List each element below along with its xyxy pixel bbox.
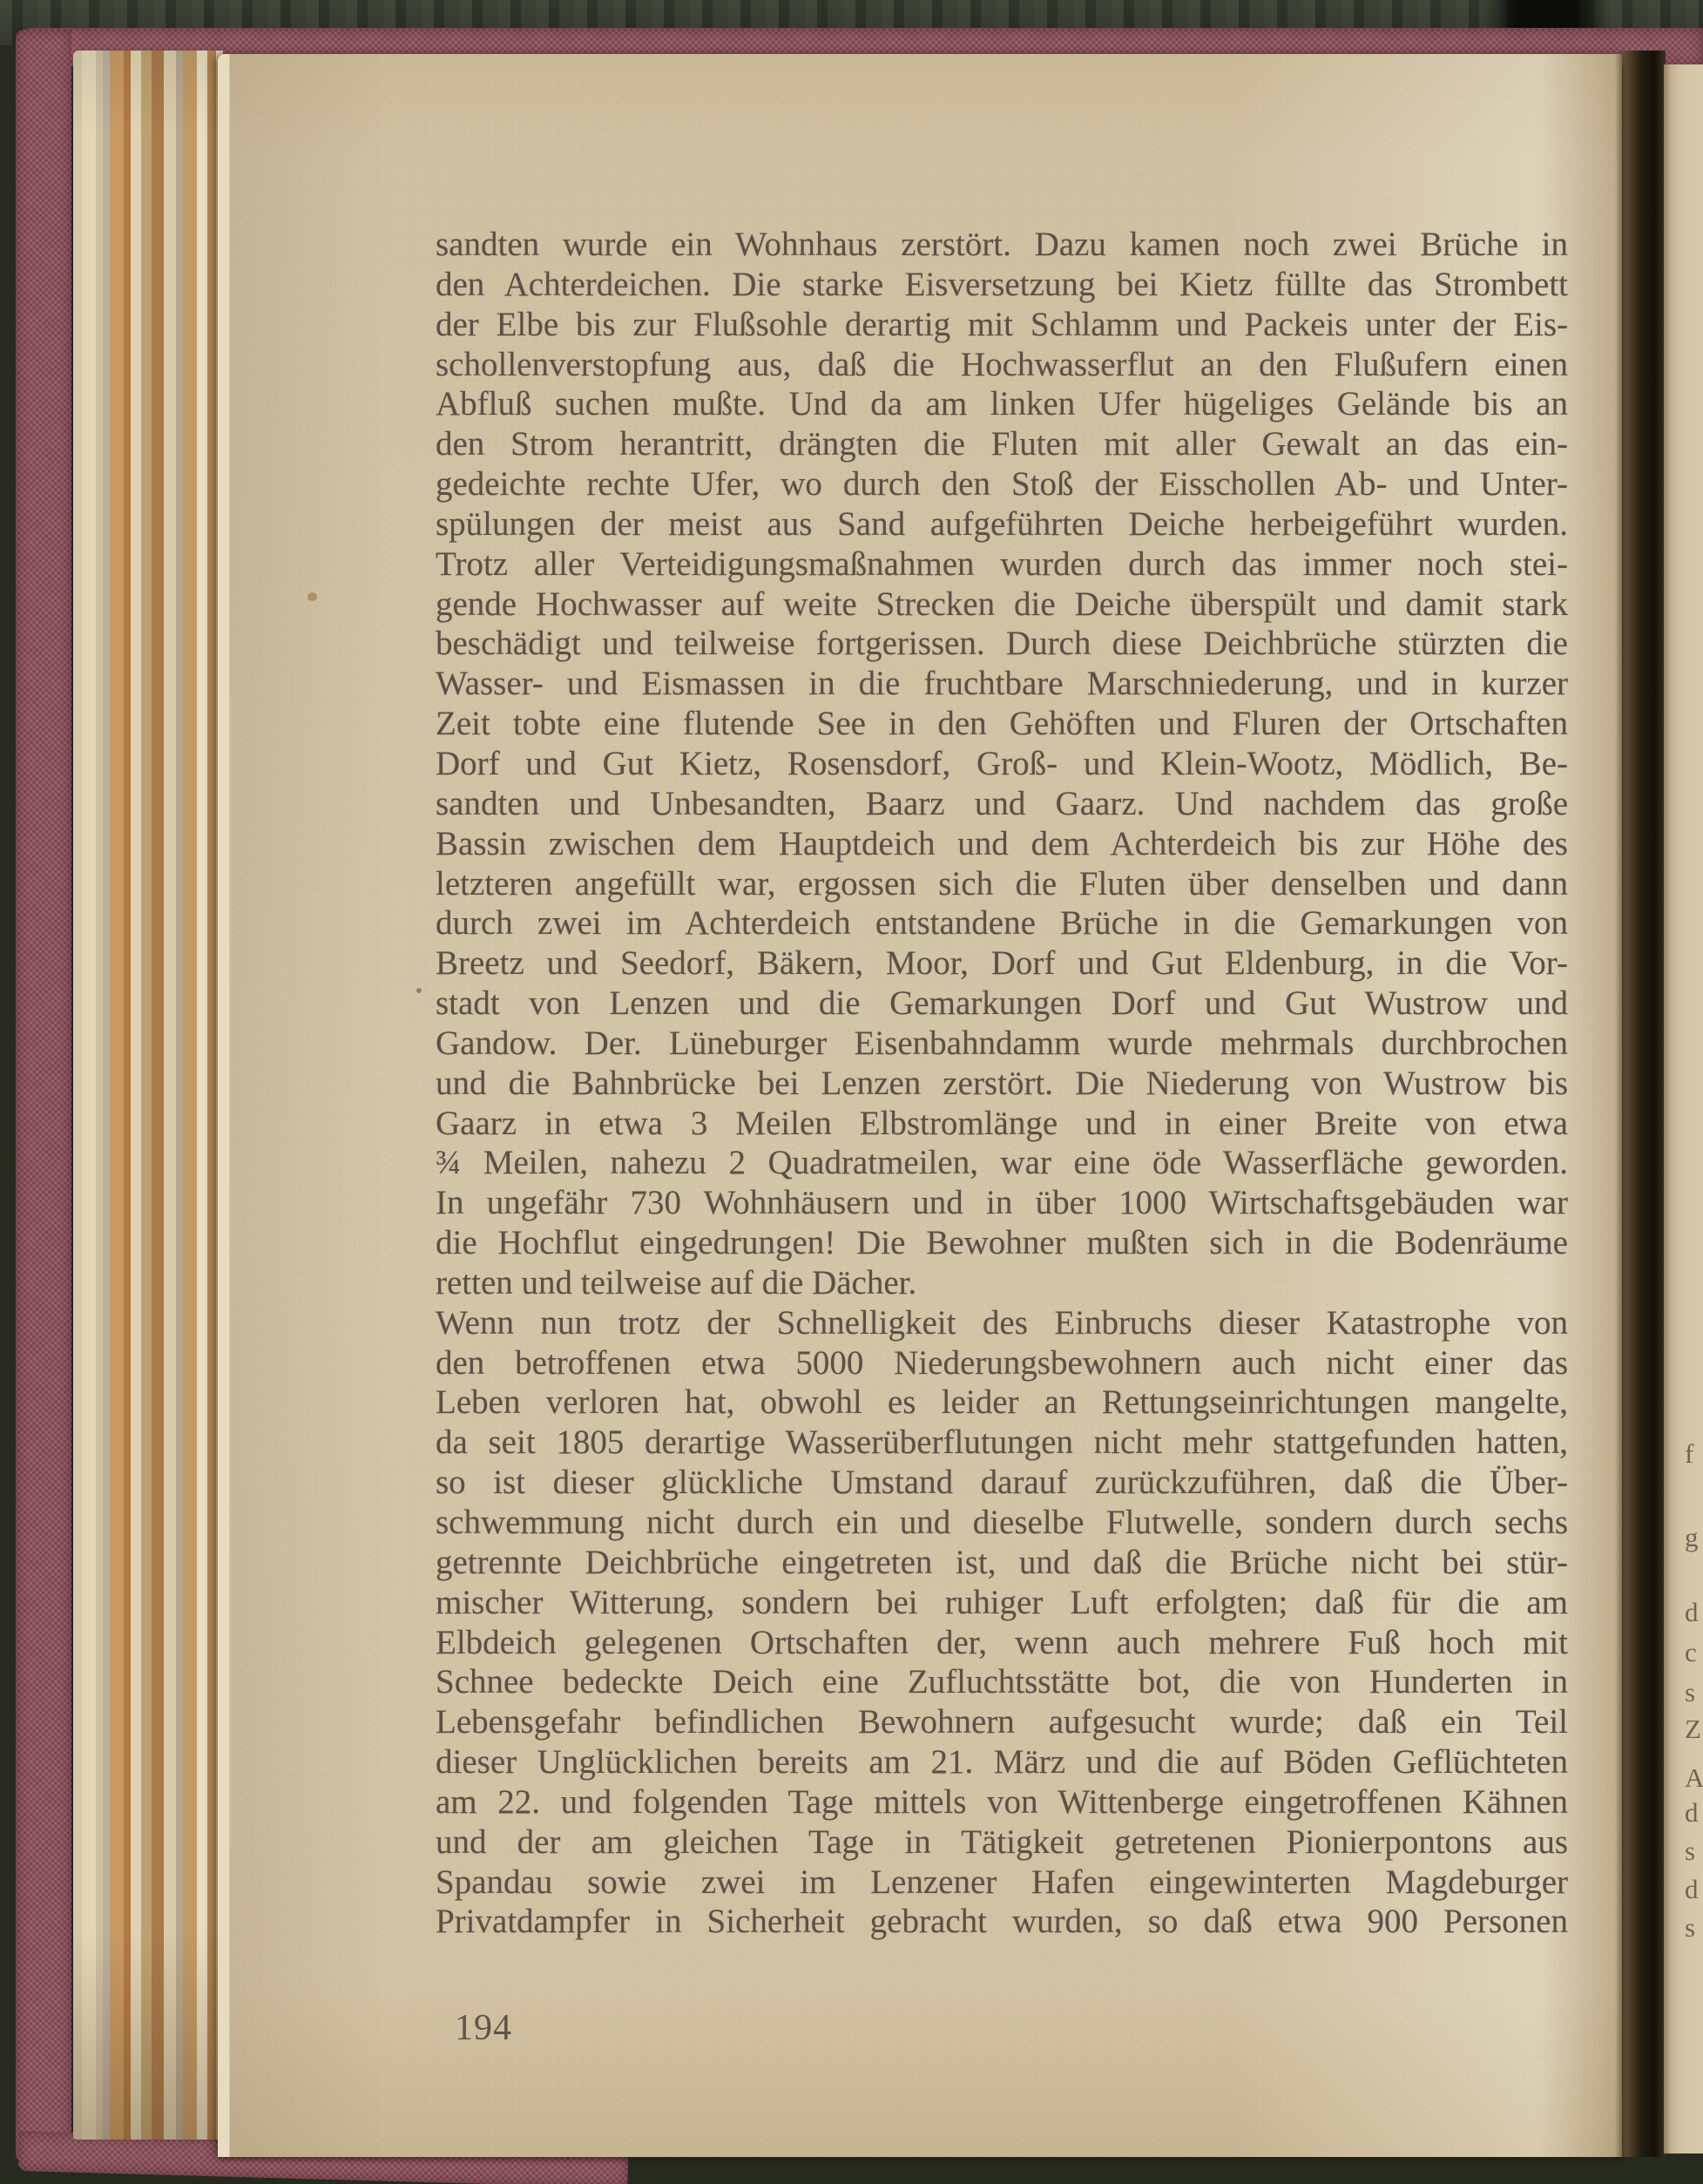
text-line: und die Bahnbrücke bei Lenzen zerstört. … [436, 1064, 1568, 1104]
text-line: letzteren angefüllt war, ergossen sich d… [436, 864, 1568, 904]
text-line: spülungen der meist aus Sand aufgeführte… [436, 504, 1568, 544]
text-line: den Strom herantritt, drängten die Flute… [436, 424, 1568, 464]
neighbor-page-text-fragment: s [1685, 1678, 1703, 1707]
book-scan: sandten wurde ein Wohnhaus zerstört. Daz… [0, 0, 1703, 2184]
neighbor-page-text-fragment: d [1685, 1875, 1703, 1904]
book-cover-left-edge [16, 30, 71, 2160]
text-line: Abfluß suchen mußte. Und da am linken Uf… [436, 384, 1568, 424]
neighbor-page-text-fragment: s [1685, 1913, 1703, 1943]
neighbor-page-text-fragment: c [1685, 1638, 1703, 1667]
text-line: sandten wurde ein Wohnhaus zerstört. Daz… [436, 225, 1568, 265]
text-line: Wasser- und Eismassen in die fruchtbare … [436, 664, 1568, 704]
text-line: Dorf und Gut Kietz, Rosensdorf, Groß- un… [436, 744, 1568, 784]
text-line: Elbdeich gelegenen Ortschaften der, wenn… [436, 1623, 1568, 1663]
text-line: so ist dieser glückliche Umstand darauf … [436, 1463, 1568, 1503]
text-line: Trotz aller Verteidigungsmaßnahmen wurde… [436, 544, 1568, 585]
text-line: beschädigt und teilweise fortgerissen. D… [436, 624, 1568, 664]
text-line: schollenverstopfung aus, daß die Hochwas… [436, 345, 1568, 385]
text-line: In ungefähr 730 Wohnhäusern und in über … [436, 1183, 1568, 1223]
text-line: Leben verloren hat, obwohl es leider an … [436, 1383, 1568, 1423]
text-line: am 22. und folgenden Tage mittels von Wi… [436, 1782, 1568, 1822]
page-number: 194 [455, 2007, 512, 2049]
text-line: durch zwei im Achterdeich entstandene Br… [436, 903, 1568, 943]
neighbor-page-text-fragment: d [1685, 1598, 1703, 1627]
text-line: schwemmung nicht durch ein und dieselbe … [436, 1503, 1568, 1543]
text-line: Wenn nun trotz der Schnelligkeit des Ein… [436, 1303, 1568, 1343]
paper-speck [416, 988, 422, 993]
text-line: mischer Witterung, sondern bei ruhiger L… [436, 1583, 1568, 1623]
text-line: den Achterdeichen. Die starke Eisversetz… [436, 265, 1568, 305]
neighbor-page-text-fragment: d [1685, 1798, 1703, 1828]
text-line: Zeit tobte eine flutende See in den Gehö… [436, 704, 1568, 744]
page-text: sandten wurde ein Wohnhaus zerstört. Daz… [436, 225, 1568, 1942]
text-line: Gandow. Der. Lüneburger Eisenbahndamm wu… [436, 1024, 1568, 1064]
neighbor-page-text-fragment: g [1685, 1523, 1703, 1552]
text-line: Lebensgefahr befindlichen Bewohnern aufg… [436, 1702, 1568, 1742]
text-line: dieser Unglücklichen bereits am 21. März… [436, 1742, 1568, 1782]
text-line: stadt von Lenzen und die Gemarkungen Dor… [436, 984, 1568, 1024]
page-fore-edge-stack [73, 51, 223, 2140]
neighbor-page-text-fragment: Z [1685, 1714, 1703, 1744]
text-line: Bassin zwischen dem Hauptdeich und dem A… [436, 824, 1568, 864]
text-line: der Elbe bis zur Flußsohle derartig mit … [436, 305, 1568, 345]
text-line: ¾ Meilen, nahezu 2 Quadratmeilen, war ei… [436, 1143, 1568, 1183]
neighbor-page-text-fragment: s [1685, 1836, 1703, 1866]
text-line: und der am gleichen Tage in Tätigkeit ge… [436, 1822, 1568, 1863]
text-line: getrennte Deichbrüche eingetreten ist, u… [436, 1543, 1568, 1583]
text-line: sandten und Unbesandten, Baarz und Gaarz… [436, 784, 1568, 824]
text-line: Schnee bedeckte Deich eine Zufluchtsstät… [436, 1662, 1568, 1702]
text-line: da seit 1805 derartige Wasserüberflutung… [436, 1423, 1568, 1463]
text-line: Breetz und Seedorf, Bäkern, Moor, Dorf u… [436, 943, 1568, 984]
text-line: den betroffenen etwa 5000 Niederungsbewo… [436, 1343, 1568, 1383]
text-line: die Hochflut eingedrungen! Die Bewohner … [436, 1223, 1568, 1263]
neighbor-page-text-fragment: A [1685, 1763, 1703, 1793]
text-line: Privatdampfer in Sicherheit gebracht wur… [436, 1902, 1568, 1942]
text-line: Spandau sowie zwei im Lenzener Hafen ein… [436, 1863, 1568, 1903]
gutter-shadow [1615, 51, 1666, 2157]
text-line: gedeichte rechte Ufer, wo durch den Stoß… [436, 464, 1568, 504]
neighbor-page-text-fragment: f [1685, 1439, 1703, 1469]
left-page: sandten wurde ein Wohnhaus zerstört. Daz… [218, 54, 1622, 2157]
paper-speck [307, 592, 317, 601]
text-line: gende Hochwasser auf weite Strecken die … [436, 585, 1568, 625]
text-line: Gaarz in etwa 3 Meilen Elbstromlänge und… [436, 1104, 1568, 1144]
